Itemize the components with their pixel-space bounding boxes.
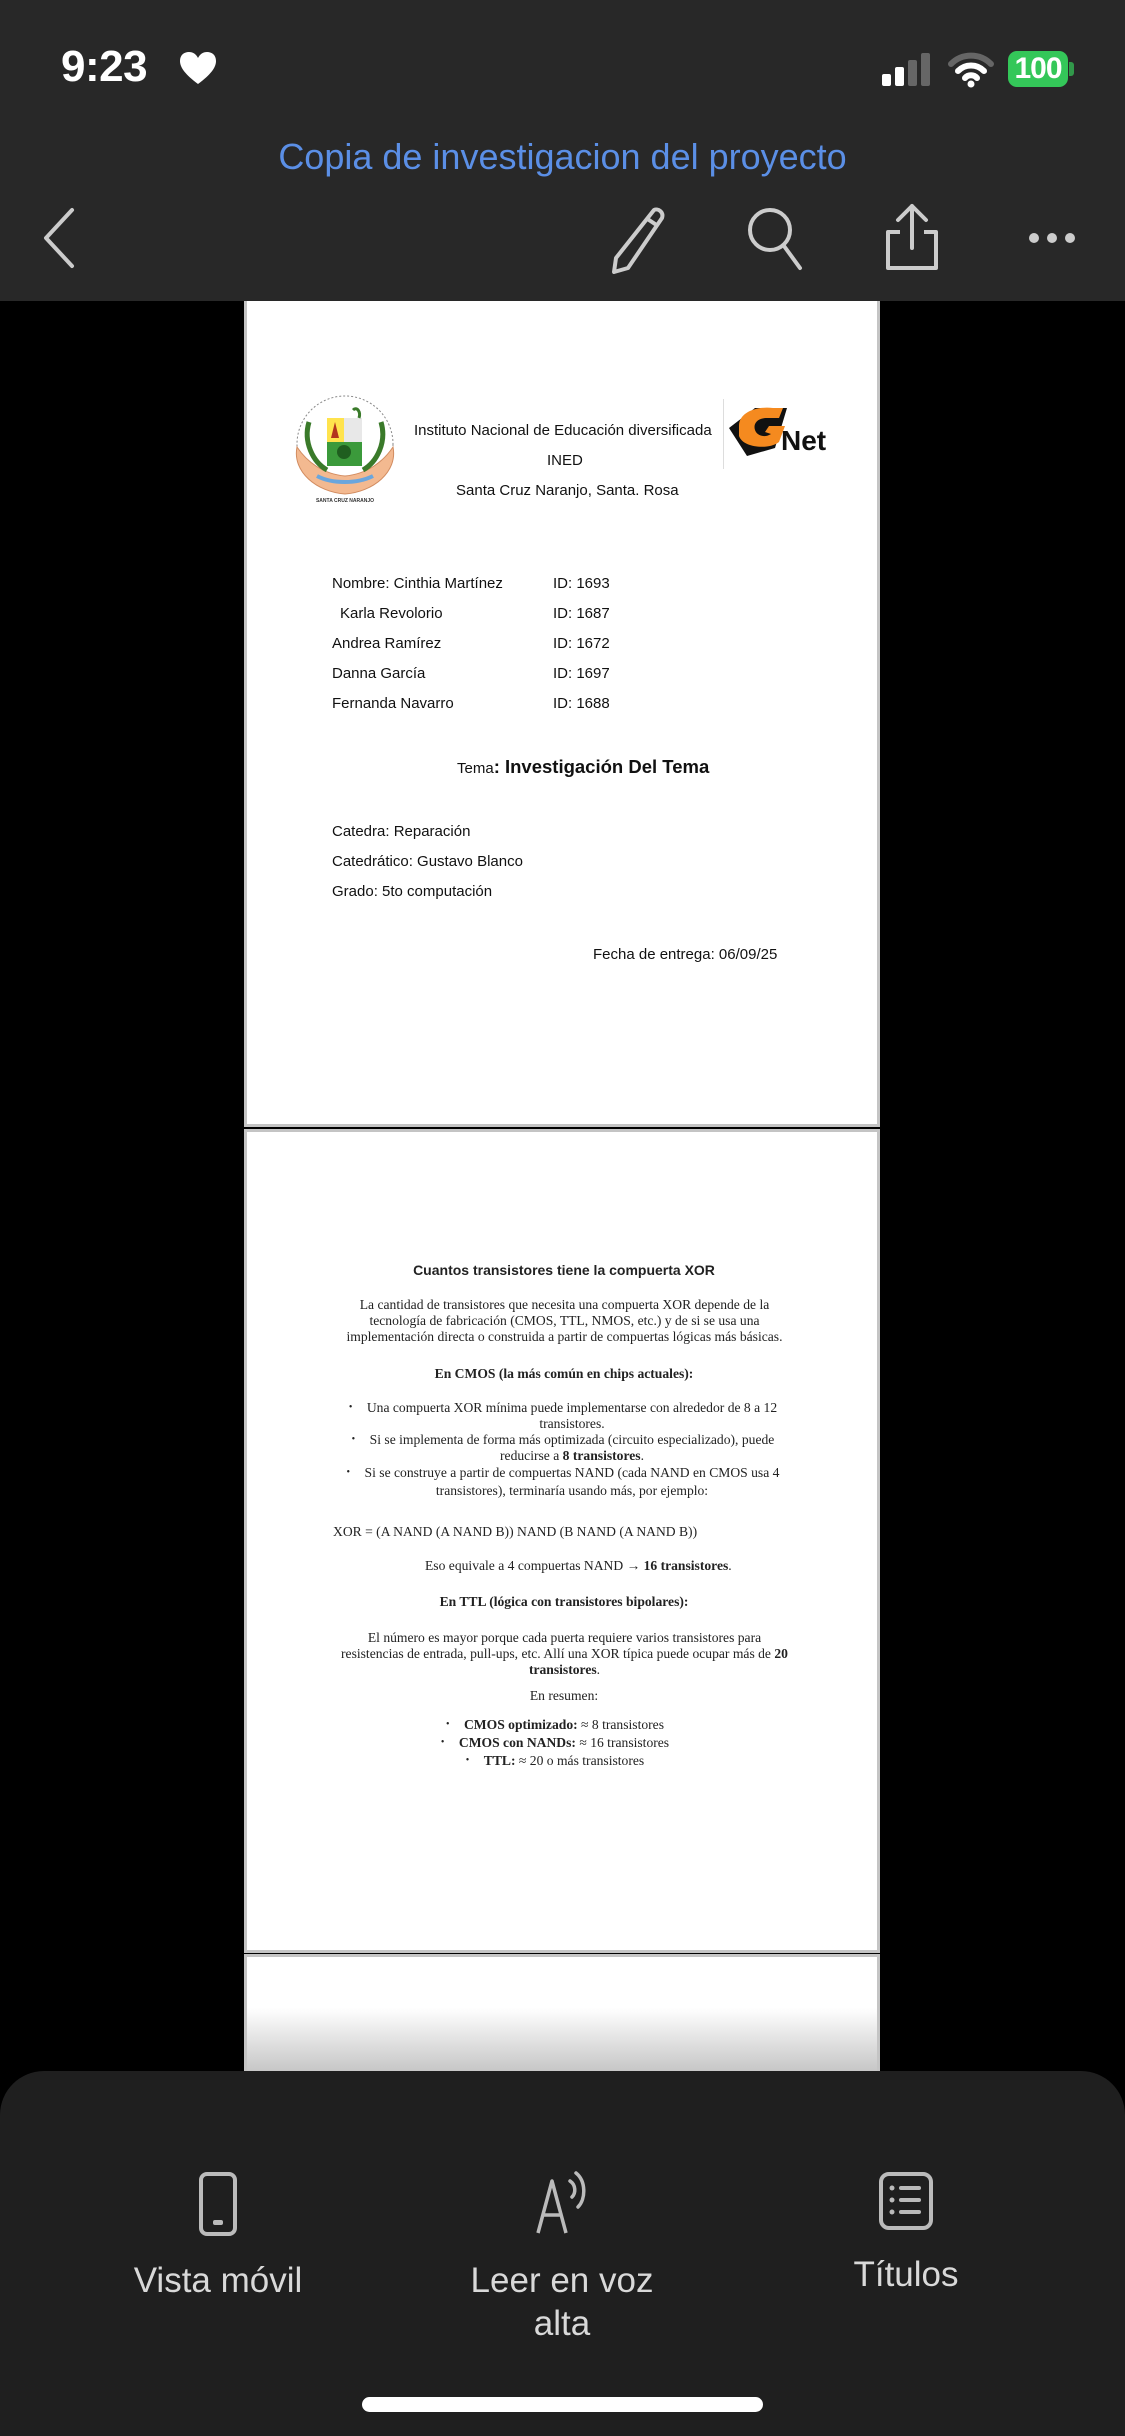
mobile-view-button[interactable]: Vista móvil	[68, 2171, 368, 2302]
ttl-paragraph: El número es mayor porque cada puerta re…	[337, 1630, 792, 1678]
svg-text:Net: Net	[781, 425, 826, 456]
institution-acronym: INED	[547, 452, 583, 469]
topic-value: : Investigación Del Tema	[494, 756, 710, 777]
student-id: ID: 1693	[553, 575, 610, 592]
bottom-sheet: Vista móvil Leer en voz alta Títulos	[0, 2071, 1125, 2436]
due-date: Fecha de entrega: 06/09/25	[593, 946, 777, 963]
edit-icon[interactable]	[606, 202, 670, 274]
school-crest-logo: SANTA CRUZ NARANJO	[287, 392, 403, 504]
heart-icon	[178, 50, 218, 86]
back-icon[interactable]	[28, 202, 92, 274]
nand-equivalence: Eso equivale a 4 compuertas NAND → 16 tr…	[425, 1558, 732, 1574]
read-aloud-label: Leer en voz alta	[462, 2259, 662, 2345]
institution-name: Instituto Nacional de Educación diversif…	[414, 422, 712, 439]
share-icon[interactable]	[880, 202, 944, 274]
battery-tip	[1069, 62, 1074, 76]
list-item: CMOS optimizado: ≈ 8 transistores	[339, 1716, 789, 1734]
cmos-bullets: Una compuerta XOR mínima puede implement…	[362, 1400, 782, 1500]
gnet-logo: Net	[725, 402, 855, 464]
read-aloud-button[interactable]: Leer en voz alta	[412, 2171, 712, 2345]
logo-divider	[723, 399, 724, 469]
student-name: Danna García	[332, 665, 425, 682]
student-id: ID: 1688	[553, 695, 610, 712]
document-viewer[interactable]: SANTA CRUZ NARANJO Instituto Nacional de…	[0, 301, 1125, 2071]
summary-label: En resumen:	[339, 1688, 789, 1704]
student-id: ID: 1672	[553, 635, 610, 652]
institution-location: Santa Cruz Naranjo, Santa. Rosa	[456, 482, 679, 499]
student-name: Karla Revolorio	[340, 605, 443, 622]
student-id: ID: 1687	[553, 605, 610, 622]
list-item: Si se implementa de forma más optimizada…	[362, 1432, 782, 1464]
list-item: Si se construye a partir de compuertas N…	[362, 1464, 782, 1500]
read-aloud-icon	[532, 2171, 592, 2237]
topic-line: Tema: Investigación Del Tema	[457, 756, 709, 778]
document-title: Copia de investigacion del proyecto	[0, 136, 1125, 178]
battery-icon: 100	[1008, 51, 1068, 87]
headings-label: Títulos	[756, 2253, 1056, 2296]
catedra: Catedra: Reparación	[332, 823, 470, 840]
student-id: ID: 1697	[553, 665, 610, 682]
section-title: Cuantos transistores tiene la compuerta …	[339, 1262, 789, 1278]
page-3	[244, 1954, 880, 2071]
cmos-heading: En CMOS (la más común en chips actuales)…	[339, 1366, 789, 1382]
page-1: SANTA CRUZ NARANJO Instituto Nacional de…	[244, 301, 880, 1127]
page-2: Cuantos transistores tiene la compuerta …	[244, 1129, 880, 1953]
signal-icon	[880, 52, 936, 86]
summary-list: CMOS optimizado: ≈ 8 transistores CMOS c…	[339, 1716, 789, 1770]
topic-label: Tema	[457, 760, 494, 777]
svg-text:SANTA CRUZ NARANJO: SANTA CRUZ NARANJO	[316, 498, 374, 504]
student-name: Andrea Ramírez	[332, 635, 441, 652]
mobile-view-label: Vista móvil	[68, 2259, 368, 2302]
headings-button[interactable]: Títulos	[756, 2171, 1056, 2296]
list-item: CMOS con NANDs: ≈ 16 transistores	[339, 1734, 789, 1752]
phone-icon	[198, 2171, 238, 2237]
list-item: Una compuerta XOR mínima puede implement…	[362, 1400, 782, 1432]
intro-paragraph: La cantidad de transistores que necesita…	[342, 1297, 787, 1345]
student-name: Nombre: Cinthia Martínez	[332, 575, 503, 592]
xor-formula: XOR = (A NAND (A NAND B)) NAND (B NAND (…	[333, 1524, 697, 1540]
headings-list-icon	[878, 2171, 934, 2231]
ttl-heading: En TTL (lógica con transistores bipolare…	[339, 1594, 789, 1610]
search-icon[interactable]	[744, 202, 808, 274]
status-time: 9:23	[61, 42, 147, 92]
list-item: TTL: ≈ 20 o más transistores	[339, 1752, 789, 1770]
top-bar: 9:23 100 Copia de investigacion del proy…	[0, 0, 1125, 301]
student-name: Fernanda Navarro	[332, 695, 454, 712]
more-icon[interactable]	[1022, 202, 1086, 274]
home-indicator[interactable]	[362, 2397, 763, 2412]
grado: Grado: 5to computación	[332, 883, 492, 900]
catedratico: Catedrático: Gustavo Blanco	[332, 853, 523, 870]
wifi-icon	[948, 50, 994, 88]
